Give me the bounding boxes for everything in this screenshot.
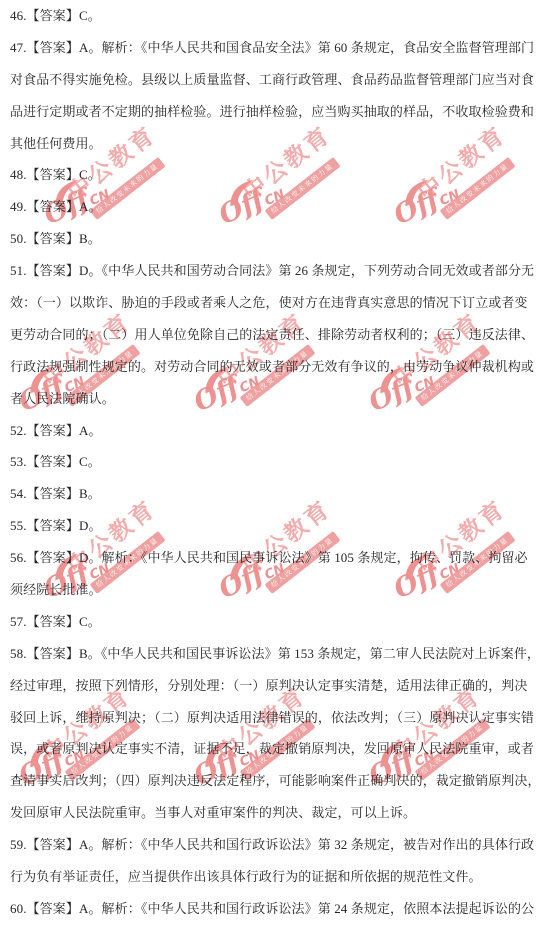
answer-item-57: 57.【答案】C。 bbox=[10, 606, 540, 638]
answer-item-51: 51.【答案】D。《中华人民共和国劳动合同法》第 26 条规定，下列劳动合同无效… bbox=[10, 255, 540, 414]
answer-item-49: 49.【答案】A。 bbox=[10, 191, 540, 223]
text-line: 驳回上诉，维持原判决；（二）原判决适用法律错误的，依法改判；（三）原判决认定事实… bbox=[10, 702, 540, 734]
text-line: 46.【答案】C。 bbox=[10, 0, 540, 32]
answer-item-46: 46.【答案】C。 bbox=[10, 0, 540, 32]
answer-item-54: 54.【答案】B。 bbox=[10, 478, 540, 510]
text-line: 47.【答案】A。解析：《中华人民共和国食品安全法》第 60 条规定，食品安全监… bbox=[10, 32, 540, 64]
text-line: 51.【答案】D。《中华人民共和国劳动合同法》第 26 条规定，下列劳动合同无效… bbox=[10, 255, 540, 287]
text-line: 者人民法院确认。 bbox=[10, 383, 540, 415]
answer-item-58: 58.【答案】B。《中华人民共和国民事诉讼法》第 153 条规定，第二审人民法院… bbox=[10, 638, 540, 829]
text-line: 其他任何费用。 bbox=[10, 128, 540, 160]
document-page: 中公教育 给人改变未来的力量 OffCN 中公教育 给人改变未来的力量 OffC… bbox=[0, 0, 550, 927]
text-line: 60.【答案】A。解析：《中华人民共和国行政诉讼法》第 24 条规定，依照本法提… bbox=[10, 893, 540, 925]
text-line: 误，或者原判决认定事实不清，证据不足，裁定撤销原判决，发回原审人民法院重审，或者 bbox=[10, 733, 540, 765]
answer-item-48: 48.【答案】C。 bbox=[10, 159, 540, 191]
text-line: 行为负有举证责任，应当提供作出该具体行政行为的证据和所依据的规范性文件。 bbox=[10, 861, 540, 893]
text-line: 48.【答案】C。 bbox=[10, 159, 540, 191]
text-line: 50.【答案】B。 bbox=[10, 223, 540, 255]
answer-item-55: 55.【答案】D。 bbox=[10, 510, 540, 542]
answer-item-56: 56.【答案】D。解析：《中华人民共和国民事诉讼法》第 105 条规定，拘传、罚… bbox=[10, 542, 540, 606]
text-line: 查清事实后改判；（四）原判决违反法定程序，可能影响案件正确判决的，裁定撤销原判决… bbox=[10, 765, 540, 797]
text-line: 49.【答案】A。 bbox=[10, 191, 540, 223]
answer-item-50: 50.【答案】B。 bbox=[10, 223, 540, 255]
text-line: 对食品不得实施免检。县级以上质量监督、工商行政管理、食品药品监督管理部门应当对食 bbox=[10, 64, 540, 96]
text-line: 52.【答案】A。 bbox=[10, 415, 540, 447]
text-line: 须经院长批准。 bbox=[10, 574, 540, 606]
answer-item-52: 52.【答案】A。 bbox=[10, 415, 540, 447]
text-line: 59.【答案】A。解析：《中华人民共和国行政诉讼法》第 32 条规定，被告对作出… bbox=[10, 829, 540, 861]
text-line: 56.【答案】D。解析：《中华人民共和国民事诉讼法》第 105 条规定，拘传、罚… bbox=[10, 542, 540, 574]
text-line: 更劳动合同的；（二）用人单位免除自己的法定责任、排除劳动者权利的；（三）违反法律… bbox=[10, 319, 540, 351]
text-line: 经过审理，按照下列情形，分别处理：（一）原判决认定事实清楚，适用法律正确的，判决 bbox=[10, 670, 540, 702]
answer-item-53: 53.【答案】C。 bbox=[10, 446, 540, 478]
text-line: 58.【答案】B。《中华人民共和国民事诉讼法》第 153 条规定，第二审人民法院… bbox=[10, 638, 540, 670]
text-line: 发回原审人民法院重审。当事人对重审案件的判决、裁定，可以上诉。 bbox=[10, 797, 540, 829]
text-line: 53.【答案】C。 bbox=[10, 446, 540, 478]
answer-item-47: 47.【答案】A。解析：《中华人民共和国食品安全法》第 60 条规定，食品安全监… bbox=[10, 32, 540, 160]
text-line: 行政法规强制性规定的。对劳动合同的无效或者部分无效有争议的，由劳动争议仲裁机构或 bbox=[10, 351, 540, 383]
text-line: 55.【答案】D。 bbox=[10, 510, 540, 542]
text-line: 品进行定期或者不定期的抽样检验。进行抽样检验，应当购买抽取的样品，不收取检验费和 bbox=[10, 96, 540, 128]
text-line: 效：（一）以欺诈、胁迫的手段或者乘人之危，使对方在违背真实意思的情况下订立或者变 bbox=[10, 287, 540, 319]
answer-item-59: 59.【答案】A。解析：《中华人民共和国行政诉讼法》第 32 条规定，被告对作出… bbox=[10, 829, 540, 893]
answer-item-60: 60.【答案】A。解析：《中华人民共和国行政诉讼法》第 24 条规定，依照本法提… bbox=[10, 893, 540, 925]
text-line: 57.【答案】C。 bbox=[10, 606, 540, 638]
answer-key-text: 46.【答案】C。 47.【答案】A。解析：《中华人民共和国食品安全法》第 60… bbox=[0, 0, 550, 925]
text-line: 54.【答案】B。 bbox=[10, 478, 540, 510]
